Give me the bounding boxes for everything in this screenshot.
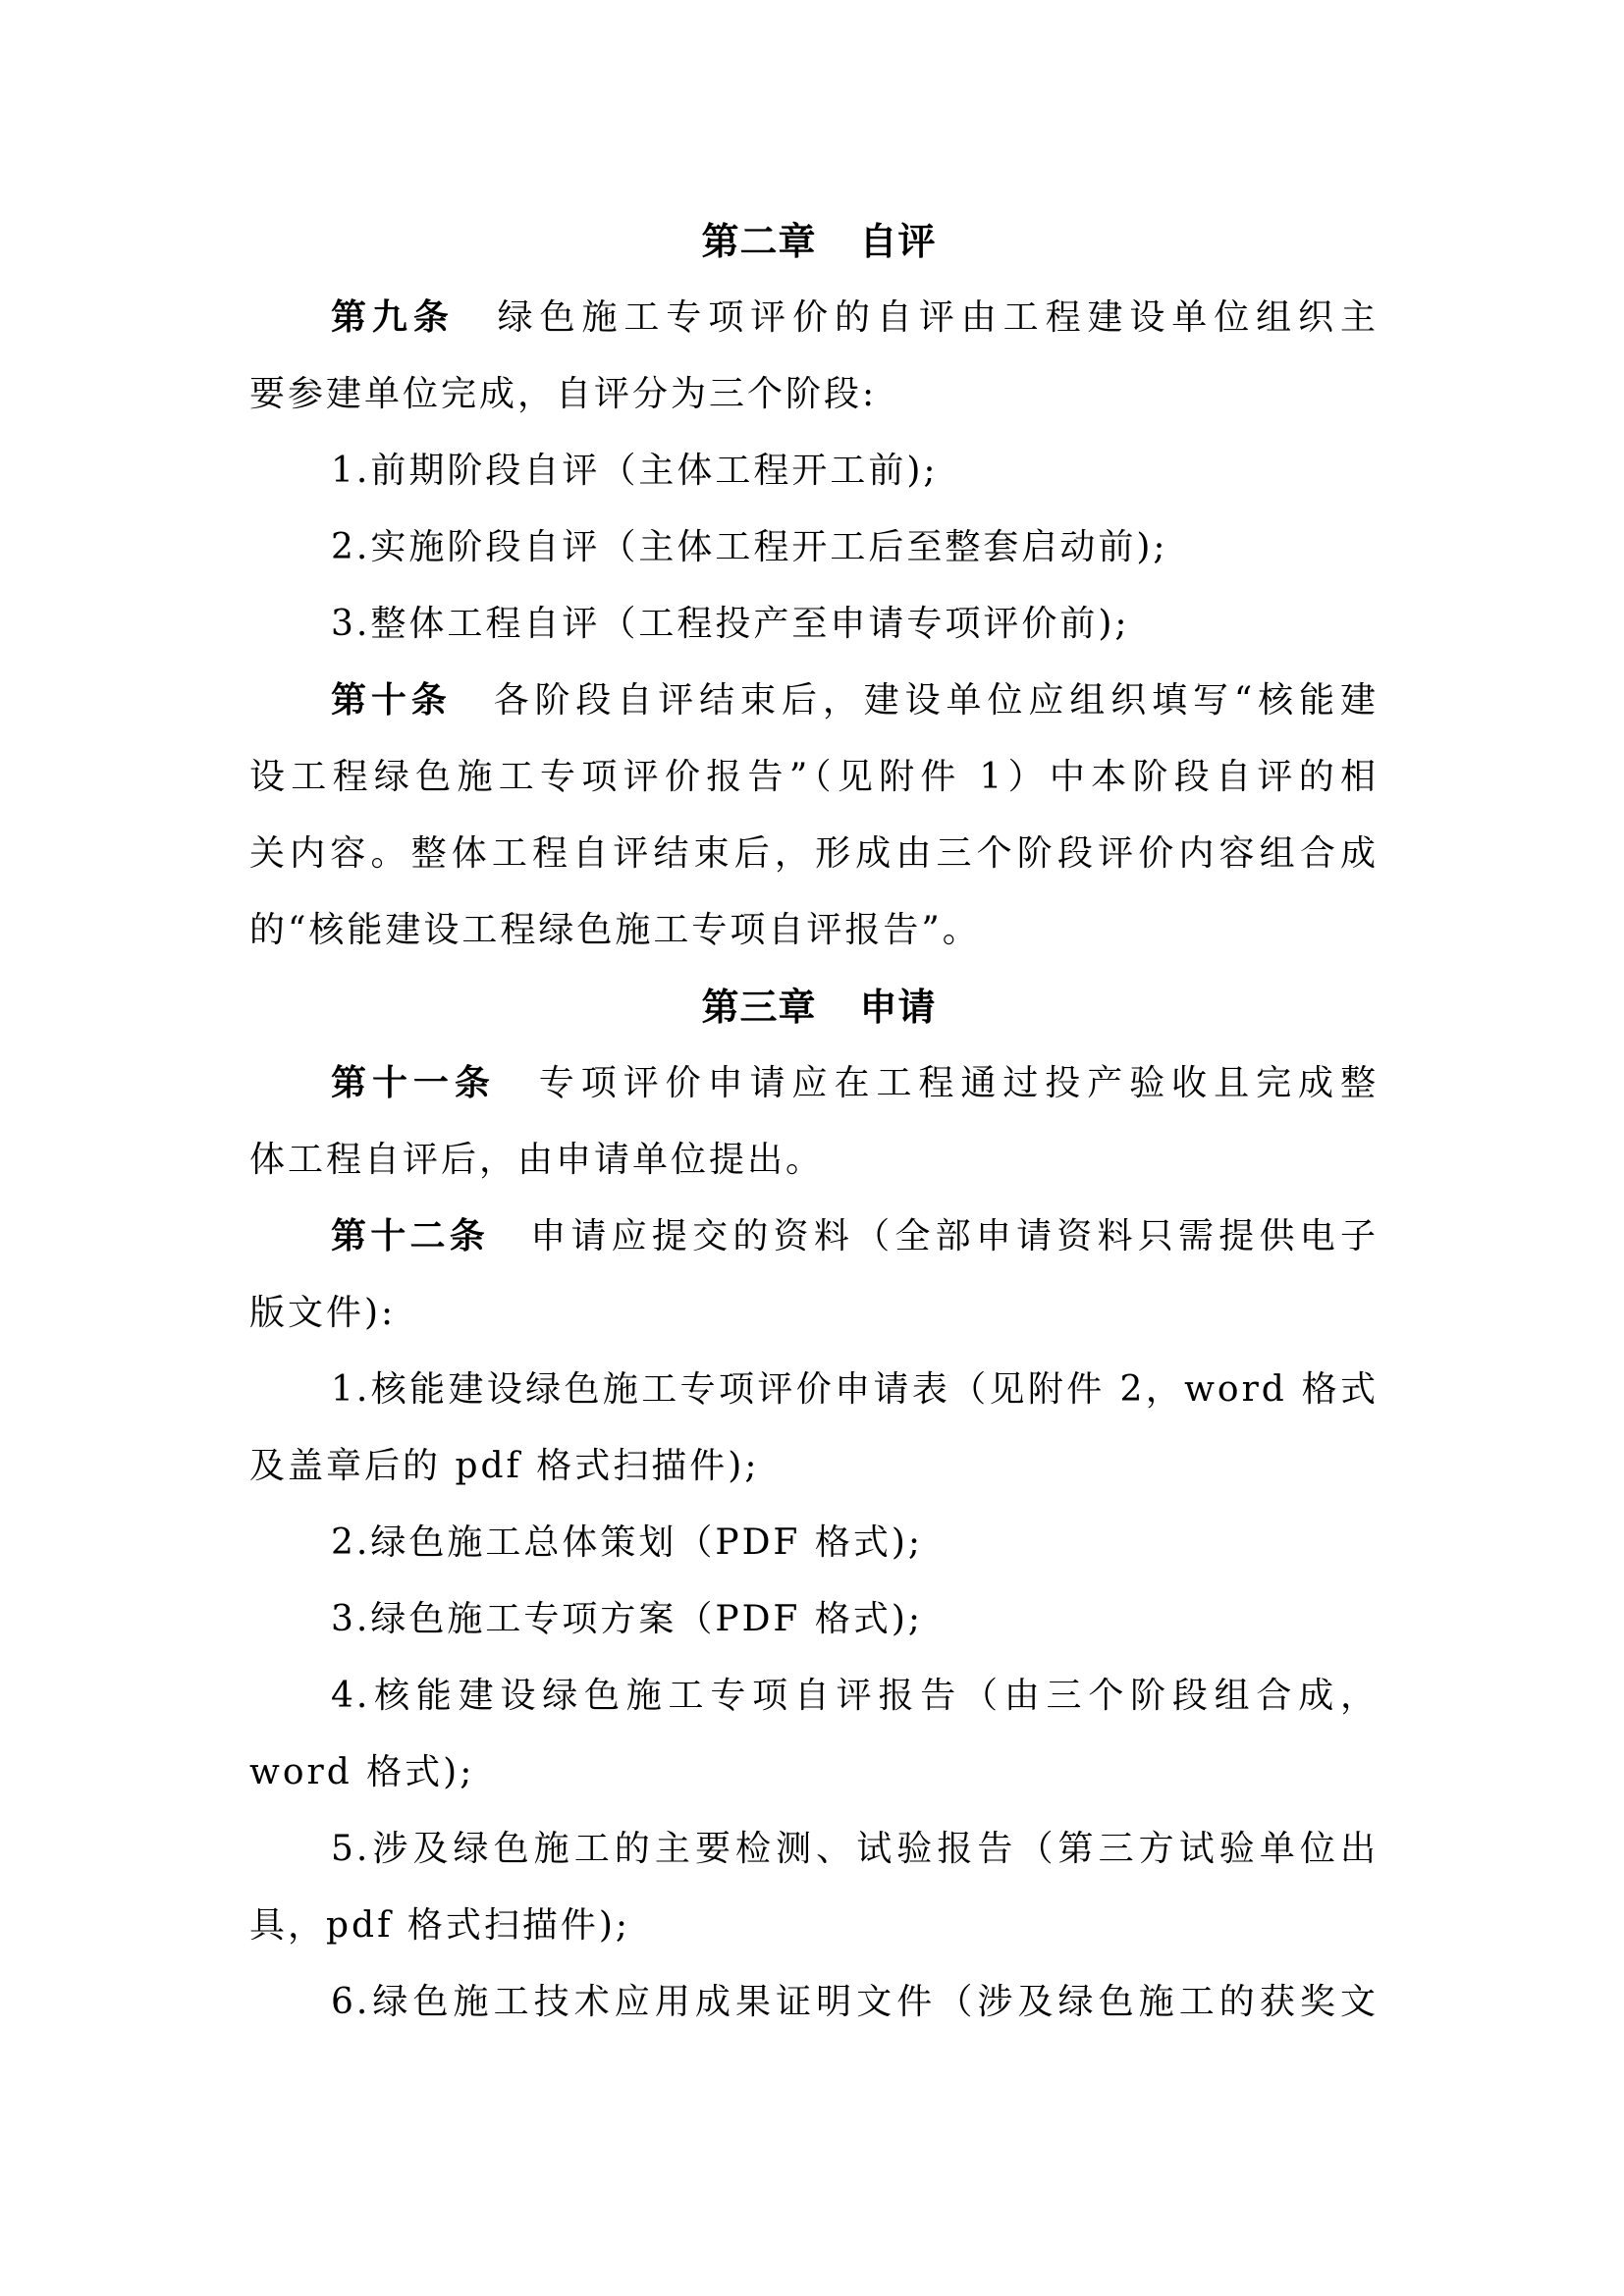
list-item-line: 5.涉及绿色施工的主要检测、试验报告（第三方试验单位出 [249, 1811, 1379, 1888]
article-line: 第十一条专项评价申请应在工程通过投产验收且完成整 [249, 1045, 1379, 1122]
article-line: 关内容。整体工程自评结束后，形成由三个阶段评价内容组合成 [249, 816, 1379, 892]
article-text: 申请应提交的资料（全部申请资料只需提供电子 [528, 1216, 1379, 1256]
chapter-heading-3: 第三章申请 [249, 969, 1379, 1045]
article-line: 版文件): [249, 1275, 1379, 1352]
article-9: 第九条绿色施工专项评价的自评由工程建设单位组织主 要参建单位完成，自评分为三个阶… [249, 280, 1379, 433]
list-item-line: 具，pdf 格式扫描件); [249, 1888, 1379, 1964]
document-page: 第二章自评 第九条绿色施工专项评价的自评由工程建设单位组织主 要参建单位完成，自… [249, 203, 1379, 2041]
list-item-line: 6.绿色施工技术应用成果证明文件（涉及绿色施工的获奖文 [249, 1964, 1379, 2041]
article-10: 第十条各阶段自评结束后，建设单位应组织填写“核能建 设工程绿色施工专项评价报告”… [249, 663, 1379, 969]
list-item: 2.实施阶段自评（主体工程开工后至整套启动前); [249, 509, 1379, 586]
article-text: 专项评价申请应在工程通过投产验收且完成整 [535, 1063, 1379, 1103]
article-text: 绿色施工专项评价的自评由工程建设单位组织主 [494, 297, 1379, 338]
list-item-3: 3.绿色施工专项方案（PDF 格式); [249, 1581, 1379, 1658]
list-item-line: 1.核能建设绿色施工专项评价申请表（见附件 2，word 格式 [249, 1352, 1379, 1428]
article-11: 第十一条专项评价申请应在工程通过投产验收且完成整 体工程自评后，由申请单位提出。 [249, 1045, 1379, 1199]
article-line: 第十二条申请应提交的资料（全部申请资料只需提供电子 [249, 1199, 1379, 1275]
article-line: 第十条各阶段自评结束后，建设单位应组织填写“核能建 [249, 663, 1379, 739]
list-item: 1.前期阶段自评（主体工程开工前); [249, 433, 1379, 509]
article-number: 第九条 [331, 297, 455, 338]
list-item-2: 2.绿色施工总体策划（PDF 格式); [249, 1505, 1379, 1581]
list-item-line: 4.核能建设绿色施工专项自评报告（由三个阶段组合成， [249, 1658, 1379, 1735]
article-line: 体工程自评后，由申请单位提出。 [249, 1122, 1379, 1199]
list-item: 3.整体工程自评（工程投产至申请专项评价前); [249, 586, 1379, 663]
article-number: 第十二条 [331, 1216, 489, 1256]
article-line: 的“核能建设工程绿色施工专项自评报告”。 [249, 892, 1379, 969]
article-number: 第十条 [331, 680, 452, 721]
list-item-6: 6.绿色施工技术应用成果证明文件（涉及绿色施工的获奖文 [249, 1964, 1379, 2041]
article-12: 第十二条申请应提交的资料（全部申请资料只需提供电子 版文件): [249, 1199, 1379, 1352]
list-item-5: 5.涉及绿色施工的主要检测、试验报告（第三方试验单位出 具，pdf 格式扫描件)… [249, 1811, 1379, 1964]
list-item-1: 1.核能建设绿色施工专项评价申请表（见附件 2，word 格式 及盖章后的 pd… [249, 1352, 1379, 1505]
chapter-heading-2: 第二章自评 [249, 203, 1379, 280]
chapter-number: 第二章 [701, 220, 816, 263]
chapter-number: 第三章 [701, 986, 816, 1029]
article-text: 各阶段自评结束后，建设单位应组织填写“核能建 [491, 680, 1379, 721]
list-item-line: word 格式); [249, 1735, 1379, 1811]
article-line: 第九条绿色施工专项评价的自评由工程建设单位组织主 [249, 280, 1379, 356]
chapter-title: 自评 [860, 220, 937, 263]
article-number: 第十一条 [331, 1063, 496, 1103]
article-line: 设工程绿色施工专项评价报告”（见附件 1）中本阶段自评的相 [249, 739, 1379, 816]
list-item-line: 及盖章后的 pdf 格式扫描件); [249, 1428, 1379, 1505]
article-line: 要参建单位完成，自评分为三个阶段: [249, 356, 1379, 433]
list-item-4: 4.核能建设绿色施工专项自评报告（由三个阶段组合成， word 格式); [249, 1658, 1379, 1811]
chapter-title: 申请 [860, 986, 937, 1029]
